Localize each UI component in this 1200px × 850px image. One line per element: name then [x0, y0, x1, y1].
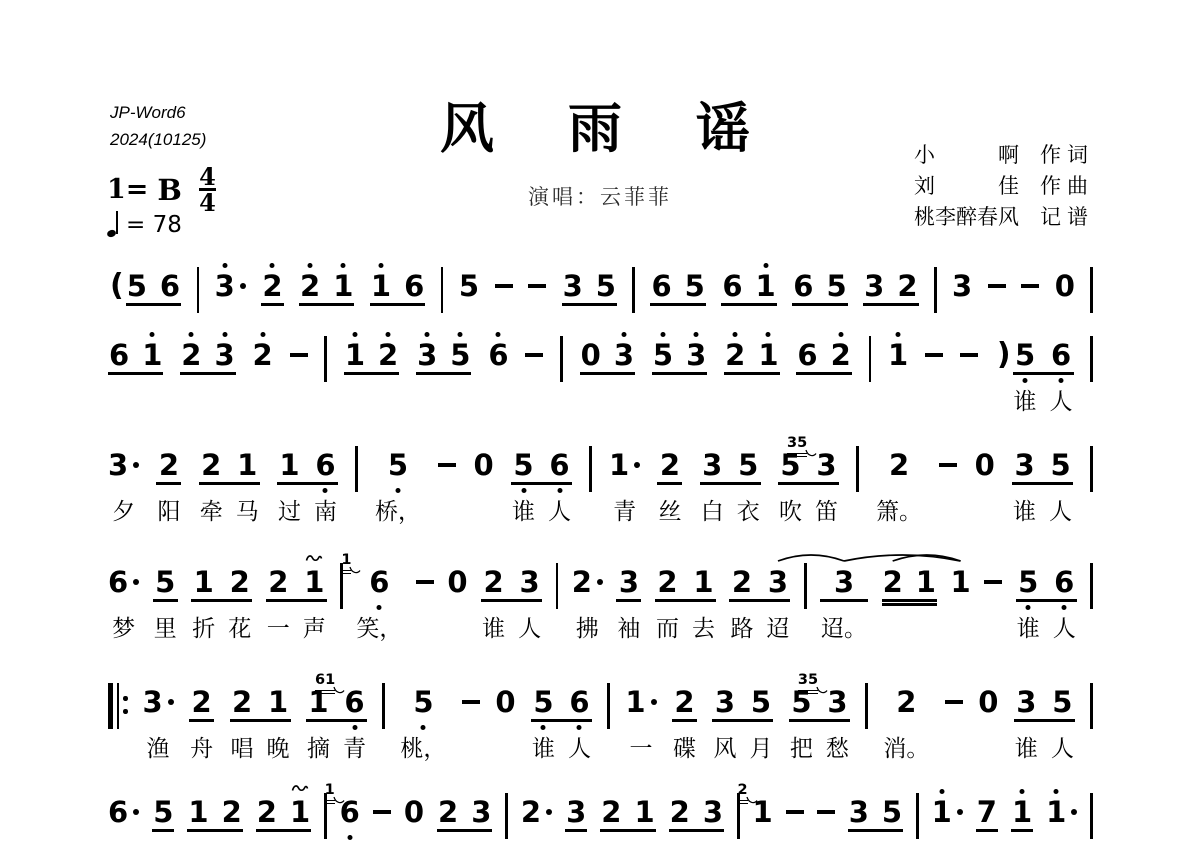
- barline: [607, 683, 610, 729]
- lyric: 声: [303, 614, 326, 644]
- note-group: 56: [126, 270, 181, 302]
- note-number: 6: [549, 449, 569, 481]
- note-group: 21: [299, 270, 354, 302]
- note: 1马: [236, 449, 259, 527]
- barline: [1090, 267, 1093, 313]
- note-number: 1: [625, 686, 645, 718]
- mordent-icon: [306, 554, 323, 562]
- lyric: 谁: [1013, 497, 1036, 527]
- beam-line: [616, 599, 641, 602]
- note-number: 2: [889, 449, 909, 481]
- barline: [1090, 683, 1093, 729]
- lyric: 谁: [1014, 387, 1037, 417]
- note: 5谁: [512, 449, 535, 527]
- note: 6: [108, 796, 139, 828]
- note-group: 5谁6人: [511, 449, 572, 527]
- note: 6人: [1050, 339, 1073, 417]
- beam-line: [600, 829, 655, 832]
- note-number: 6: [1051, 339, 1071, 371]
- note-group: 12: [344, 339, 399, 371]
- note-number: 6: [722, 270, 742, 302]
- note: 3: [952, 270, 972, 302]
- note-number: 2: [897, 270, 917, 302]
- note: 3迢: [766, 566, 789, 644]
- duration-dash: [495, 284, 513, 288]
- note-group: 21: [256, 796, 311, 828]
- note-group: 1: [1011, 796, 1033, 828]
- note: 7: [977, 796, 997, 828]
- note-number: 1: [333, 270, 353, 302]
- note: 5: [826, 270, 846, 302]
- barline: [505, 793, 508, 839]
- note: 6: [404, 270, 424, 302]
- duration-dash: [462, 700, 480, 704]
- lyric: 过: [278, 497, 301, 527]
- key-value: B: [157, 172, 182, 208]
- note: 2: [521, 796, 552, 828]
- note: 2: [378, 339, 398, 371]
- note-number: 5: [751, 686, 771, 718]
- note-group: 61: [721, 270, 776, 302]
- credit-transcriber: 桃李醉春风 记谱: [914, 202, 1094, 233]
- note-number: 2: [268, 566, 288, 598]
- note-group: 21: [882, 566, 937, 598]
- beam-line: [669, 829, 724, 832]
- beam-line: [108, 372, 163, 375]
- note: 1: [1012, 796, 1032, 828]
- note-number: 3: [142, 686, 162, 718]
- note: 3: [471, 796, 491, 828]
- beam-line: [199, 482, 260, 485]
- lyric: 人: [568, 734, 591, 764]
- note-number: 1: [609, 449, 629, 481]
- lyric: 花: [228, 614, 251, 644]
- lyric: 吹: [779, 497, 802, 527]
- quarter-note-icon: [107, 211, 120, 238]
- note-number: 5: [882, 796, 902, 828]
- note: 5人: [1051, 686, 1074, 764]
- duration-dash: [525, 353, 543, 357]
- note: 0: [975, 449, 995, 481]
- barline: [1090, 563, 1093, 609]
- note: 3风: [713, 686, 736, 764]
- time-signature: 4 4: [199, 166, 216, 213]
- note: 2: [300, 270, 320, 302]
- note-number: 1: [693, 566, 713, 598]
- note-group: 61: [108, 339, 163, 371]
- note: 1声: [303, 566, 326, 644]
- duration-dash: [786, 810, 804, 814]
- lyric: 青: [343, 734, 366, 764]
- duration-dash: [925, 353, 943, 357]
- barline: [441, 267, 444, 313]
- lyric: 渔: [147, 734, 170, 764]
- note: 5桃，: [400, 686, 446, 764]
- note: 2舟: [190, 686, 213, 764]
- note-number: 3: [715, 686, 735, 718]
- note: 2: [262, 270, 282, 302]
- note-number: 3: [768, 566, 788, 598]
- beam-line: [277, 482, 338, 485]
- beam-line: [863, 303, 918, 306]
- note: 3谁: [1015, 686, 1038, 764]
- note-group: 5谁6人: [1013, 339, 1074, 417]
- lyric: 把: [790, 734, 813, 764]
- barline: [556, 563, 559, 609]
- rest: 0: [495, 686, 515, 718]
- beam-line: [976, 829, 998, 832]
- beam-line: [580, 372, 635, 375]
- note: 6: [160, 270, 180, 302]
- note: 0: [978, 686, 998, 718]
- note-number: 1: [888, 339, 908, 371]
- note-group: 21: [724, 339, 779, 371]
- beam-line: [1014, 719, 1075, 722]
- note: 61: [340, 796, 360, 828]
- grace-note: 1: [325, 783, 345, 805]
- beam-line: [1013, 372, 1074, 375]
- note-group: 1折2花: [191, 566, 252, 644]
- lyric: 白: [701, 497, 724, 527]
- note: 0: [495, 686, 515, 718]
- note: 5: [653, 339, 673, 371]
- note-number: 2: [674, 686, 694, 718]
- lyric: 桥，: [375, 497, 421, 527]
- note-group: 2唱1晚: [230, 686, 291, 764]
- note: 3夕: [108, 449, 139, 527]
- note: 5: [882, 796, 902, 828]
- beam-line: [655, 599, 716, 602]
- augmentation-dot: [133, 462, 139, 468]
- beam-line: [712, 719, 773, 722]
- note: 5: [450, 339, 470, 371]
- note: 1: [1046, 796, 1077, 828]
- note-number: 2: [670, 796, 690, 828]
- beam-line: [256, 829, 311, 832]
- note-number: 3: [563, 270, 583, 302]
- note-number: 1: [194, 566, 214, 598]
- parenthesis: ): [997, 339, 1011, 371]
- note-number: 3: [834, 566, 854, 598]
- note: 3白: [701, 449, 724, 527]
- note: 5谁: [1017, 566, 1040, 644]
- note: 6: [722, 270, 742, 302]
- lyric: 而: [656, 614, 679, 644]
- barline: [865, 683, 868, 729]
- transcriber-name: 桃李醉春风: [914, 202, 1024, 233]
- note-number: 1: [756, 270, 776, 302]
- rest: 0: [978, 686, 998, 718]
- meter-denominator: 4: [199, 192, 216, 213]
- note-number: 6: [109, 339, 129, 371]
- note: 1: [932, 796, 963, 828]
- beam-line: [344, 372, 399, 375]
- note: 2: [725, 339, 745, 371]
- beam-line: [437, 829, 492, 832]
- note-number: 5: [459, 270, 479, 302]
- duration-dash: [945, 700, 963, 704]
- barline: [869, 336, 872, 382]
- barline: [197, 267, 200, 313]
- note-group: 21: [600, 796, 655, 828]
- note-group: 2一1声: [266, 566, 327, 644]
- note-group: 3迢。: [820, 566, 868, 644]
- lyric: 人: [1050, 387, 1073, 417]
- note-number: 5: [1015, 339, 1035, 371]
- note: 3迢。: [821, 566, 867, 644]
- score-line: 6梦5里1折2花2一1声61笑，02谁3人2拂3袖2而1去2路3迢3迢。2115…: [108, 548, 1093, 644]
- duration-dash: [939, 463, 957, 467]
- lyric: 丝: [658, 497, 681, 527]
- note: 3: [849, 796, 869, 828]
- note-group: 3谁5人: [1012, 449, 1073, 527]
- note-number: 3: [952, 270, 972, 302]
- sheet-music-page: JP-Word6 2024(10125) 风 雨 谣 演唱：云菲菲 小 啊 作词…: [0, 0, 1200, 850]
- augmentation-dot: [240, 283, 246, 289]
- note-number: 1: [268, 686, 288, 718]
- note-group: 65: [792, 270, 847, 302]
- lyric: 风: [713, 734, 736, 764]
- note: 5: [459, 270, 479, 302]
- note-number: 3: [471, 796, 491, 828]
- note-number: 5: [413, 686, 433, 718]
- note: 1: [916, 566, 936, 598]
- note-number: 3: [702, 449, 722, 481]
- note-number: 5: [513, 449, 533, 481]
- note-number: 1: [142, 339, 162, 371]
- beam-line: [531, 719, 592, 722]
- augmentation-dot: [651, 699, 657, 705]
- lyric: 人: [1051, 734, 1074, 764]
- note: 335笛: [815, 449, 838, 527]
- parenthesis: (: [110, 270, 124, 302]
- augmentation-dot: [133, 579, 139, 585]
- augmentation-dot: [133, 809, 139, 815]
- note: 2: [181, 339, 201, 371]
- note-number: 2: [572, 566, 592, 598]
- lyric: 摘: [307, 734, 330, 764]
- lyric: 笑，: [356, 614, 402, 644]
- note: 61笑，: [356, 566, 402, 644]
- lyric: 谁: [1015, 734, 1038, 764]
- beam-line: [306, 719, 367, 722]
- barline: [589, 446, 592, 492]
- duration-dash: [817, 810, 835, 814]
- lyric: 迢。: [821, 614, 867, 644]
- rest: 0: [447, 566, 467, 598]
- note: 2而: [656, 566, 679, 644]
- note-number: 1: [188, 796, 208, 828]
- lyric: 月: [749, 734, 772, 764]
- note-number: 1: [371, 270, 391, 302]
- note-number: 3: [703, 796, 723, 828]
- note-number: 3: [520, 566, 540, 598]
- beam-line: [126, 303, 181, 306]
- note-group: 1摘661青: [306, 686, 367, 764]
- duration-dash: [1021, 284, 1039, 288]
- beam-line: [153, 599, 178, 602]
- meter-numerator: 4: [199, 166, 216, 187]
- note: 5谁: [532, 686, 555, 764]
- note-number: 5: [153, 796, 173, 828]
- note: 3: [563, 270, 583, 302]
- lyric: 折: [192, 614, 215, 644]
- note-group: 53: [652, 339, 707, 371]
- duration-dash: [290, 353, 308, 357]
- note-group: 5里: [153, 566, 178, 644]
- rest: 0: [975, 449, 995, 481]
- note-group: 35: [416, 339, 471, 371]
- note-number: 7: [977, 796, 997, 828]
- barline: [382, 683, 385, 729]
- note: 1一: [625, 686, 656, 764]
- note: 12: [753, 796, 773, 828]
- lyric: 舟: [190, 734, 213, 764]
- note: 1去: [692, 566, 715, 644]
- note: 2拂: [572, 566, 603, 644]
- duration-dash: [984, 580, 1002, 584]
- note-number: 2: [159, 449, 179, 481]
- note-group: 2牵1马: [199, 449, 260, 527]
- lyric: 谁: [1017, 614, 1040, 644]
- note: 3: [864, 270, 884, 302]
- score-line: 3渔2舟2唱1晚1摘661青5桃，05谁6人1一2碟3风5月5把335愁2消。0…: [108, 668, 1093, 764]
- note: 1: [290, 796, 310, 828]
- note-group: 32: [863, 270, 918, 302]
- beam-line: [180, 372, 235, 375]
- note: 1: [950, 566, 970, 598]
- note: 2路: [730, 566, 753, 644]
- note: 1: [888, 339, 908, 371]
- note-number: 2: [660, 449, 680, 481]
- score-line: 6123212356035321621)5谁6人: [108, 321, 1093, 417]
- grace-note: 35: [798, 673, 828, 695]
- barline: [804, 563, 807, 609]
- beam-line: [299, 303, 354, 306]
- note: 2: [601, 796, 621, 828]
- note-number: 2: [181, 339, 201, 371]
- beam-line: [562, 303, 617, 306]
- note: 2谁: [482, 566, 505, 644]
- note-number: 5: [596, 270, 616, 302]
- note-group: 23: [180, 339, 235, 371]
- note-number: 1: [916, 566, 936, 598]
- lyric: 一: [267, 614, 290, 644]
- lyric: 桃，: [400, 734, 446, 764]
- tempo-marking: = 78: [107, 211, 182, 238]
- note-number: 1: [304, 566, 324, 598]
- note-group: 3袖: [616, 566, 641, 644]
- lyric: 晚: [267, 734, 290, 764]
- score-line: (563221165356561653230: [108, 252, 1093, 313]
- lyric: 马: [236, 497, 259, 527]
- note-number: 5: [533, 686, 553, 718]
- note-group: 23: [437, 796, 492, 828]
- note-number: 6: [569, 686, 589, 718]
- note: 1: [345, 339, 365, 371]
- note-number: 5: [388, 449, 408, 481]
- note-number: 6: [488, 339, 508, 371]
- beam-line: [416, 372, 471, 375]
- beam-line: [778, 482, 839, 485]
- beam-line: [565, 829, 587, 832]
- note-group: 5吹335笛: [778, 449, 839, 527]
- beam-line: [796, 372, 851, 375]
- rest: 0: [1055, 270, 1075, 302]
- note-number: 6: [108, 566, 128, 598]
- note-group: 35: [848, 796, 903, 828]
- note: 2阳: [157, 449, 180, 527]
- note: 1晚: [267, 686, 290, 764]
- note-group: 5把335愁: [789, 686, 850, 764]
- note: 6人: [568, 686, 591, 764]
- note-number: 3: [215, 270, 235, 302]
- note-number: 6: [1054, 566, 1074, 598]
- beam-line: [724, 372, 779, 375]
- note: 5: [685, 270, 705, 302]
- note: 6: [109, 339, 129, 371]
- note-number: 1: [758, 339, 778, 371]
- beam-line: [261, 303, 283, 306]
- note: 0: [404, 796, 424, 828]
- beam-line: [152, 829, 174, 832]
- note: 3: [417, 339, 437, 371]
- duration-dash: [528, 284, 546, 288]
- lyric: 愁: [826, 734, 849, 764]
- note: 1: [634, 796, 654, 828]
- note-number: 3: [614, 339, 634, 371]
- note: 2: [257, 796, 277, 828]
- note-number: 5: [1018, 566, 1038, 598]
- note-group: 2阳: [156, 449, 181, 527]
- key-label: 1=: [107, 172, 148, 208]
- note: 3袖: [617, 566, 640, 644]
- note-group: 3谁5人: [1014, 686, 1075, 764]
- rest: 0: [581, 339, 601, 371]
- note: 3谁: [1013, 449, 1036, 527]
- grace-note: 61: [315, 673, 345, 695]
- lyric: 谁: [532, 734, 555, 764]
- note: 6人: [1053, 566, 1076, 644]
- note-number: 3: [827, 686, 847, 718]
- beam-line: [650, 303, 705, 306]
- beam-line: [820, 599, 868, 602]
- note-number: 3: [619, 566, 639, 598]
- barline: [856, 446, 859, 492]
- augmentation-dot: [634, 462, 640, 468]
- duration-dash: [438, 463, 456, 467]
- barline: [355, 446, 358, 492]
- note-number: 2: [222, 796, 242, 828]
- note: 5把: [790, 686, 813, 764]
- credit-composer: 刘 佳 作曲: [914, 171, 1094, 202]
- note-group: 2谁3人: [481, 566, 542, 644]
- note: 5桥，: [375, 449, 421, 527]
- note-number: 6: [797, 339, 817, 371]
- lyric: 碟: [673, 734, 696, 764]
- note: 3: [703, 796, 723, 828]
- lyric: 人: [518, 614, 541, 644]
- lyric: 路: [730, 614, 753, 644]
- note-number: 2: [300, 270, 320, 302]
- note-number: 2: [378, 339, 398, 371]
- note: 2一: [267, 566, 290, 644]
- lyric: 谁: [482, 614, 505, 644]
- lyric: 迢: [766, 614, 789, 644]
- lyric: 消。: [883, 734, 929, 764]
- note: 1: [758, 339, 778, 371]
- note: 1: [142, 339, 162, 371]
